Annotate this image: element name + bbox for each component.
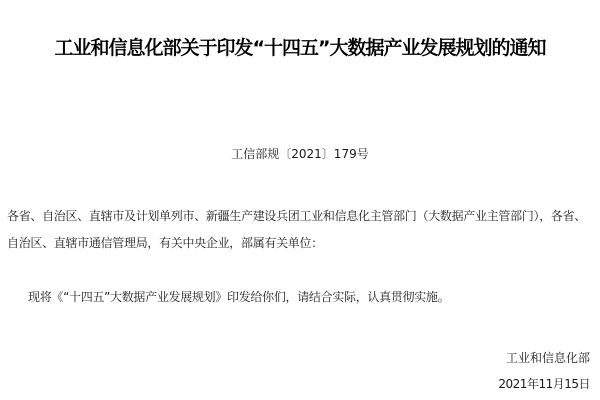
issuing-authority: 工业和信息化部 (506, 349, 590, 367)
document-title: 工业和信息化部关于印发“十四五”大数据产业发展规划的通知 (0, 35, 600, 61)
addressee-paragraph: 各省、自治区、直辖市及计划单列市、新疆生产建设兵团工业和信息化主管部门（大数据产… (7, 203, 597, 257)
issue-date: 2021年11月15日 (498, 375, 590, 393)
document-number: 工信部规〔2021〕179号 (0, 145, 600, 163)
body-paragraph: 现将《“十四五”大数据产业发展规划》印发给你们，请结合实际，认真贯彻实施。 (28, 288, 598, 306)
